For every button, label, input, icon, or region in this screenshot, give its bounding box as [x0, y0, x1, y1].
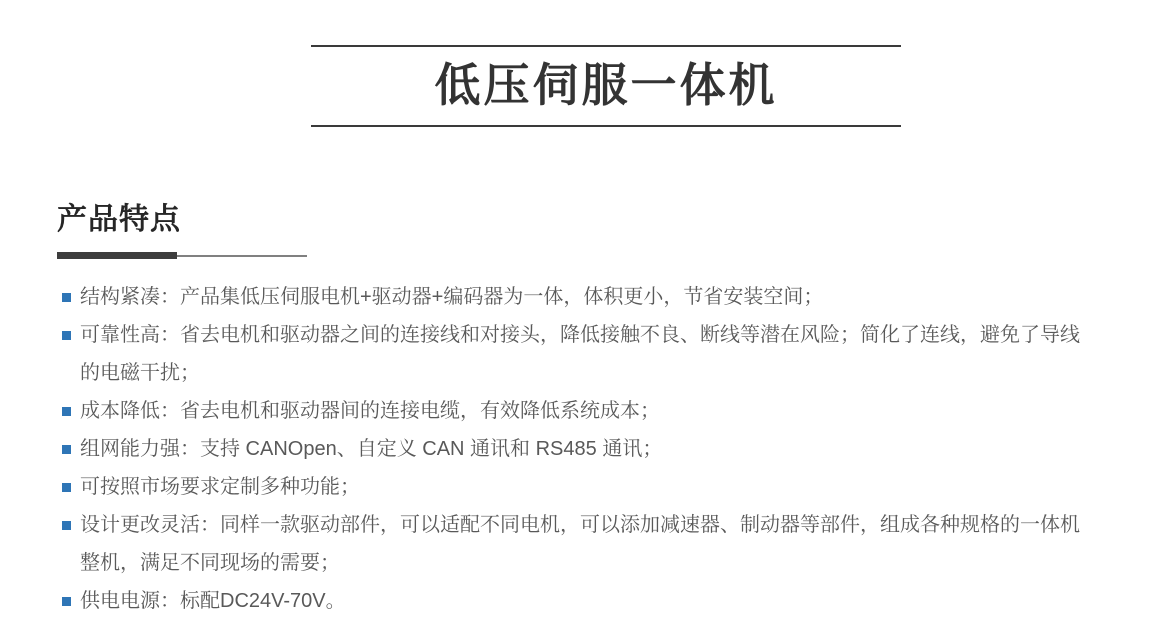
page-title: 低压伺服一体机 — [311, 47, 901, 125]
bullet-square-icon — [62, 597, 71, 606]
feature-text: 设计更改灵活：同样一款驱动部件，可以适配不同电机，可以添加减速器、制动器等部件，… — [80, 506, 1080, 582]
bullet-square-icon — [62, 521, 71, 530]
title-block: 低压伺服一体机 — [311, 45, 901, 127]
feature-item: 成本降低：省去电机和驱动器间的连接电缆，有效降低系统成本； — [62, 392, 1122, 430]
bullet-square-icon — [62, 483, 71, 492]
feature-list: 结构紧凑：产品集低压伺服电机+驱动器+编码器为一体，体积更小，节省安装空间；可靠… — [62, 278, 1122, 620]
bullet-square-icon — [62, 293, 71, 302]
feature-text-line: 供电电源：标配DC24V-70V。 — [80, 582, 346, 620]
feature-text: 成本降低：省去电机和驱动器间的连接电缆，有效降低系统成本； — [80, 392, 660, 430]
underline-thick-segment — [57, 252, 177, 259]
feature-text: 结构紧凑：产品集低压伺服电机+驱动器+编码器为一体，体积更小，节省安装空间； — [80, 278, 823, 316]
feature-text-line: 设计更改灵活：同样一款驱动部件，可以适配不同电机，可以添加减速器、制动器等部件，… — [80, 506, 1080, 544]
feature-text: 供电电源：标配DC24V-70V。 — [80, 582, 346, 620]
feature-text-line: 整机，满足不同现场的需要； — [80, 544, 1080, 582]
feature-item: 设计更改灵活：同样一款驱动部件，可以适配不同电机，可以添加减速器、制动器等部件，… — [62, 506, 1122, 582]
feature-item: 可靠性高：省去电机和驱动器之间的连接线和对接头，降低接触不良、断线等潜在风险；简… — [62, 316, 1122, 392]
feature-item: 结构紧凑：产品集低压伺服电机+驱动器+编码器为一体，体积更小，节省安装空间； — [62, 278, 1122, 316]
feature-text: 组网能力强：支持 CANOpen、自定义 CAN 通讯和 RS485 通讯； — [80, 430, 662, 468]
feature-text-line: 的电磁干扰； — [80, 354, 1080, 392]
bullet-square-icon — [62, 331, 71, 340]
section-heading-underline — [57, 252, 307, 260]
bullet-square-icon — [62, 445, 71, 454]
feature-text-line: 成本降低：省去电机和驱动器间的连接电缆，有效降低系统成本； — [80, 392, 660, 430]
underline-thin-segment — [177, 255, 307, 257]
feature-text-line: 组网能力强：支持 CANOpen、自定义 CAN 通讯和 RS485 通讯； — [80, 430, 662, 468]
bullet-square-icon — [62, 407, 71, 416]
title-rule-bottom — [311, 125, 901, 127]
feature-text-line: 结构紧凑：产品集低压伺服电机+驱动器+编码器为一体，体积更小，节省安装空间； — [80, 278, 823, 316]
feature-text: 可靠性高：省去电机和驱动器之间的连接线和对接头，降低接触不良、断线等潜在风险；简… — [80, 316, 1080, 392]
feature-item: 供电电源：标配DC24V-70V。 — [62, 582, 1122, 620]
feature-text-line: 可靠性高：省去电机和驱动器之间的连接线和对接头，降低接触不良、断线等潜在风险；简… — [80, 316, 1080, 354]
section-heading: 产品特点 — [57, 200, 181, 240]
feature-text: 可按照市场要求定制多种功能； — [80, 468, 360, 506]
document-page: 低压伺服一体机 产品特点 结构紧凑：产品集低压伺服电机+驱动器+编码器为一体，体… — [0, 0, 1151, 638]
feature-item: 组网能力强：支持 CANOpen、自定义 CAN 通讯和 RS485 通讯； — [62, 430, 1122, 468]
feature-item: 可按照市场要求定制多种功能； — [62, 468, 1122, 506]
feature-text-line: 可按照市场要求定制多种功能； — [80, 468, 360, 506]
